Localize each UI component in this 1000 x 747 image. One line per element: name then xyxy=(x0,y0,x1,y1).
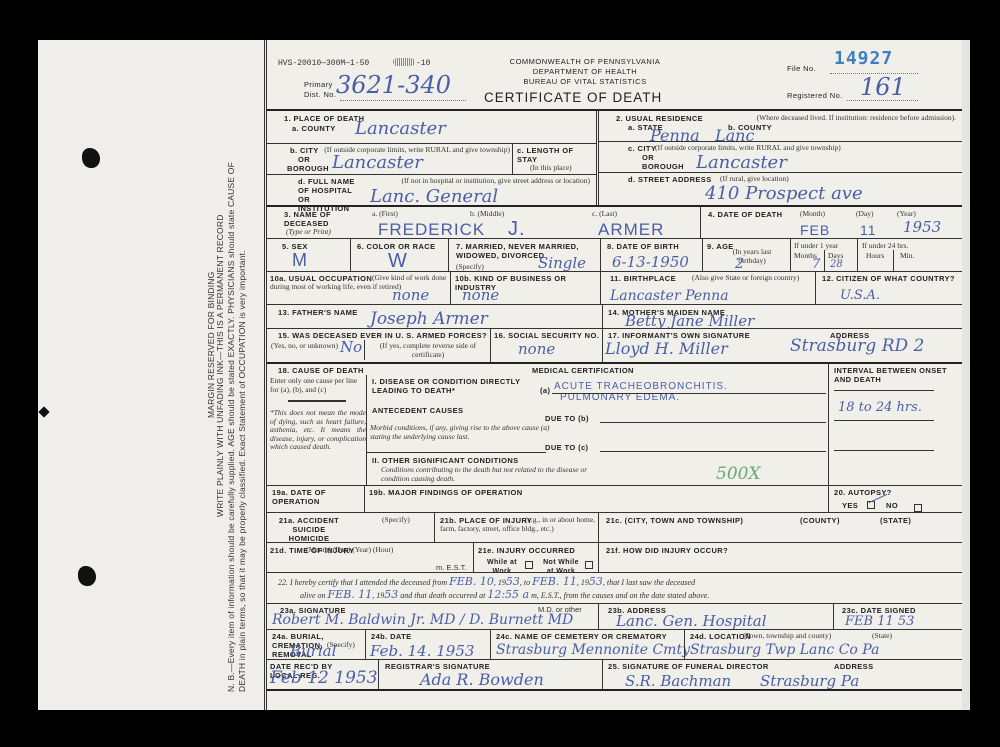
burial-value: Burial xyxy=(290,642,336,660)
accident-label: 21a. ACCIDENT SUICIDE HOMICIDE xyxy=(274,516,344,543)
birthplace-label: 11. BIRTHPLACE xyxy=(610,274,676,283)
injury-city-label: 21c. (CITY, TOWN AND TOWNSHIP) xyxy=(606,516,743,525)
location-note: (Town, township and county) xyxy=(743,632,831,641)
city-label: b. CITY xyxy=(290,146,319,155)
form-left-border xyxy=(264,40,267,710)
residence-label: 2. USUAL RESIDENCE xyxy=(616,114,703,123)
sex-value: M xyxy=(292,250,308,271)
occupation-value: none xyxy=(392,286,429,304)
residence-note: (Where deceased lived. If institution: r… xyxy=(726,114,956,123)
physician-address: Lanc. Gen. Hospital xyxy=(616,612,767,630)
birthplace-note: (Also give State or foreign country) xyxy=(692,274,812,283)
place-of-injury-note: (e.g., in or about home, farm, factory, … xyxy=(440,516,596,533)
file-no-stamp: 14927 xyxy=(834,48,893,69)
time-columns: (Month) (Day) (Year) (Hour) xyxy=(306,546,393,555)
cert-line2: alive on FEB. 11, 1953 and that death oc… xyxy=(300,591,709,601)
funeral-director-label: 25. SIGNATURE OF FUNERAL DIRECTOR xyxy=(608,662,769,671)
res-street: 410 Prospect ave xyxy=(705,183,863,204)
accident-specify: (Specify) xyxy=(382,516,410,525)
death-time: 12:55 a xyxy=(487,588,529,601)
location-label: 24d. LOCATION xyxy=(690,632,751,641)
cert-line1: 22. I hereby certify that I attended the… xyxy=(278,578,695,588)
cause-footnote: *This does not mean the mode of dying, s… xyxy=(270,409,366,452)
institution-note: (If not in hospital or institution, give… xyxy=(358,177,590,186)
name-label: 3. NAME OF DECEASED xyxy=(284,210,364,228)
forces-note-1: (Yes, no, or unknown) xyxy=(271,342,338,351)
stay-note: (In this place) xyxy=(530,164,572,173)
margin-write-text: WRITE PLAINLY WITH UNFADING INK—THIS IS … xyxy=(215,214,225,517)
age-months: 7 xyxy=(812,257,820,272)
injury-occurred-label: 21e. INJURY OCCURRED xyxy=(478,546,575,555)
day-label: (Day) xyxy=(856,210,874,219)
or-label: OR xyxy=(642,153,654,162)
hours-label: Hours xyxy=(866,252,884,261)
autopsy-no-label: NO xyxy=(886,501,898,510)
first-label: a. (First) xyxy=(372,210,398,219)
ssn-value: none xyxy=(518,340,555,358)
name-note: (Type or Print) xyxy=(286,228,331,237)
not-at-work-label: Not While at Work xyxy=(540,558,582,576)
agency-line2: DEPARTMENT OF HEALTH xyxy=(480,67,690,77)
dod-label: 4. DATE OF DEATH xyxy=(708,210,782,219)
interval-a: 18 to 24 hrs. xyxy=(838,400,922,415)
disease-label: I. DISEASE OR CONDITION DIRECTLY LEADING… xyxy=(372,377,542,395)
certificate-title: CERTIFICATE OF DEATH xyxy=(484,90,662,105)
citizen-label: 12. CITIZEN OF WHAT COUNTRY? xyxy=(822,274,962,283)
not-at-work-checkbox[interactable] xyxy=(585,561,593,569)
business-value: none xyxy=(462,286,499,304)
cemetery-name: Strasburg Mennonite Cmty xyxy=(496,642,690,658)
other-conditions-label: II. OTHER SIGNIFICANT CONDITIONS xyxy=(372,456,519,465)
forces-label: 15. WAS DECEASED EVER IN U. S. ARMED FOR… xyxy=(278,331,487,340)
injury-state-label: (STATE) xyxy=(880,516,911,525)
burial-date-label: 24b. DATE xyxy=(371,632,412,641)
primary-label: Primary xyxy=(304,80,333,89)
date-received: Feb 12 1953 xyxy=(270,668,378,688)
ssn-label: 16. SOCIAL SECURITY NO. xyxy=(494,331,602,340)
citizen-value: U.S.A. xyxy=(840,288,880,303)
res-city: Lancaster xyxy=(696,152,787,173)
informant-address: Strasburg RD 2 xyxy=(790,336,924,356)
place-of-death-label: 1. PLACE OF DEATH xyxy=(284,114,364,123)
funeral-address-label: ADDRESS xyxy=(834,662,873,671)
classification-code: 500X xyxy=(716,464,761,484)
under-24-hrs-label: If under 24 hrs. xyxy=(862,242,908,251)
autopsy-yes-label: YES xyxy=(842,501,858,510)
age-days: 28 xyxy=(830,259,843,270)
res-city-label: c. CITY xyxy=(628,144,656,153)
paper-edge xyxy=(962,40,970,710)
location-state-label: (State) xyxy=(872,632,892,641)
morbid-note: Morbid conditions, if any, giving rise t… xyxy=(370,424,550,441)
stay-label: c. LENGTH OF STAY xyxy=(517,146,595,164)
middle-label: b. (Middle) xyxy=(470,210,504,219)
date-signed: FEB 11 53 xyxy=(845,614,914,629)
burial-date: Feb. 14. 1953 xyxy=(370,642,474,660)
while-at-work-label: While at Work xyxy=(482,558,522,576)
operation-findings-label: 19b. MAJOR FINDINGS OF OPERATION xyxy=(369,488,523,497)
cemetery-label: 24c. NAME OF CEMETERY OR CREMATORY xyxy=(496,632,667,641)
race-value: W xyxy=(388,250,408,273)
registrar-signature: Ada R. Bowden xyxy=(420,670,544,689)
place-city: Lancaster xyxy=(332,152,423,173)
borough-label: BOROUGH xyxy=(287,164,329,173)
punch-hole xyxy=(82,148,100,168)
at-work-checkbox[interactable] xyxy=(525,561,533,569)
union-label-icon xyxy=(393,58,415,66)
autopsy-no-checkbox[interactable] xyxy=(914,504,922,512)
cause-label: 18. CAUSE OF DEATH xyxy=(278,366,364,375)
month-label: (Month) xyxy=(800,210,825,219)
due-to-c-label: DUE TO (c) xyxy=(545,443,588,452)
primary-dist-no: 3621-340 xyxy=(336,71,451,99)
under-1-year-label: If under 1 year xyxy=(794,242,838,251)
forces-note-2: (If yes, complete reverse side of certif… xyxy=(368,342,488,359)
cause-instruction: Enter only one cause per line for (a), (… xyxy=(270,377,366,394)
medical-cert-label: MEDICAL CERTIFICATION xyxy=(532,366,634,375)
dod-day: 11 xyxy=(860,222,877,238)
interval-label: INTERVAL BETWEEN ONSET AND DEATH xyxy=(834,366,962,384)
injury-county-label: (COUNTY) xyxy=(800,516,840,525)
other-conditions-note: Conditions contributing to the death but… xyxy=(381,466,611,483)
marital-value: Single xyxy=(538,254,586,272)
forces-value: No xyxy=(340,338,362,356)
birthplace-value: Lancaster Penna xyxy=(610,288,729,304)
dod-year: 1953 xyxy=(903,218,941,236)
due-to-b-label: DUE TO (b) xyxy=(545,414,589,423)
funeral-director-signature: S.R. Bachman xyxy=(625,672,731,690)
how-injury-label: 21f. HOW DID INJURY OCCUR? xyxy=(606,546,728,555)
institution-label: d. FULL NAME OF HOSPITAL OR INSTITUTION xyxy=(298,177,356,213)
informant-signature: Lloyd H. Miller xyxy=(605,339,728,358)
a-label: (a) xyxy=(540,386,550,395)
attended-from: FEB. 10 xyxy=(449,575,494,588)
margin-nb-line1: N. B.—Every item of information should b… xyxy=(226,162,236,692)
form-code-suffix: -10 xyxy=(416,60,430,69)
deceased-first: FREDERICK xyxy=(378,220,485,240)
punch-hole xyxy=(78,566,96,586)
antecedent-label: ANTECEDENT CAUSES xyxy=(372,406,463,415)
alive-on: FEB. 11 xyxy=(328,588,373,601)
funeral-director-address: Strasburg Pa xyxy=(760,672,859,690)
last-label: c. (Last) xyxy=(592,210,617,219)
agency-line3: BUREAU OF VITAL STATISTICS xyxy=(480,77,690,87)
cause-a-line1: ACUTE TRACHEOBRONCHITIS. xyxy=(554,381,728,392)
agency-line1: COMMONWEALTH OF PENNSYLVANIA xyxy=(480,57,690,67)
registered-no: 161 xyxy=(860,73,906,101)
dob-label: 8. DATE OF BIRTH xyxy=(607,242,679,251)
or-label: OR xyxy=(298,155,310,164)
min-label: Min. xyxy=(900,252,914,261)
place-county: Lancaster xyxy=(355,118,446,139)
operation-date-label: 19a. DATE OF OPERATION xyxy=(272,488,362,506)
street-label: d. STREET ADDRESS xyxy=(628,175,712,184)
attended-to: FEB. 11 xyxy=(532,575,577,588)
age-value: 2 xyxy=(735,256,744,272)
deceased-last: ARMER xyxy=(598,220,664,240)
registered-no-label: Registered No. xyxy=(787,91,843,100)
father-label: 13. FATHER'S NAME xyxy=(278,308,358,317)
physician-signature: Robert M. Baldwin Jr. MD / D. Burnett MD xyxy=(272,612,573,628)
form-code: HVS-20010—300M—1-50 xyxy=(278,60,369,69)
dist-no-label: Dist. No. xyxy=(304,90,336,99)
dod-month: FEB xyxy=(800,222,830,238)
burial-location: Strasburg Twp Lanc Co Pa xyxy=(690,642,879,658)
file-no-label: File No. xyxy=(787,64,816,73)
dob-value: 6-13-1950 xyxy=(612,253,689,271)
age-note: (In years last birthday) xyxy=(722,248,782,265)
county-label: a. COUNTY xyxy=(292,124,336,133)
father-value: Joseph Armer xyxy=(370,309,488,329)
margin-nb-line2: DEATH in plain terms, so that it may be … xyxy=(237,250,247,692)
institution-name: Lanc. General xyxy=(370,186,498,207)
borough-label: BOROUGH xyxy=(642,162,684,171)
